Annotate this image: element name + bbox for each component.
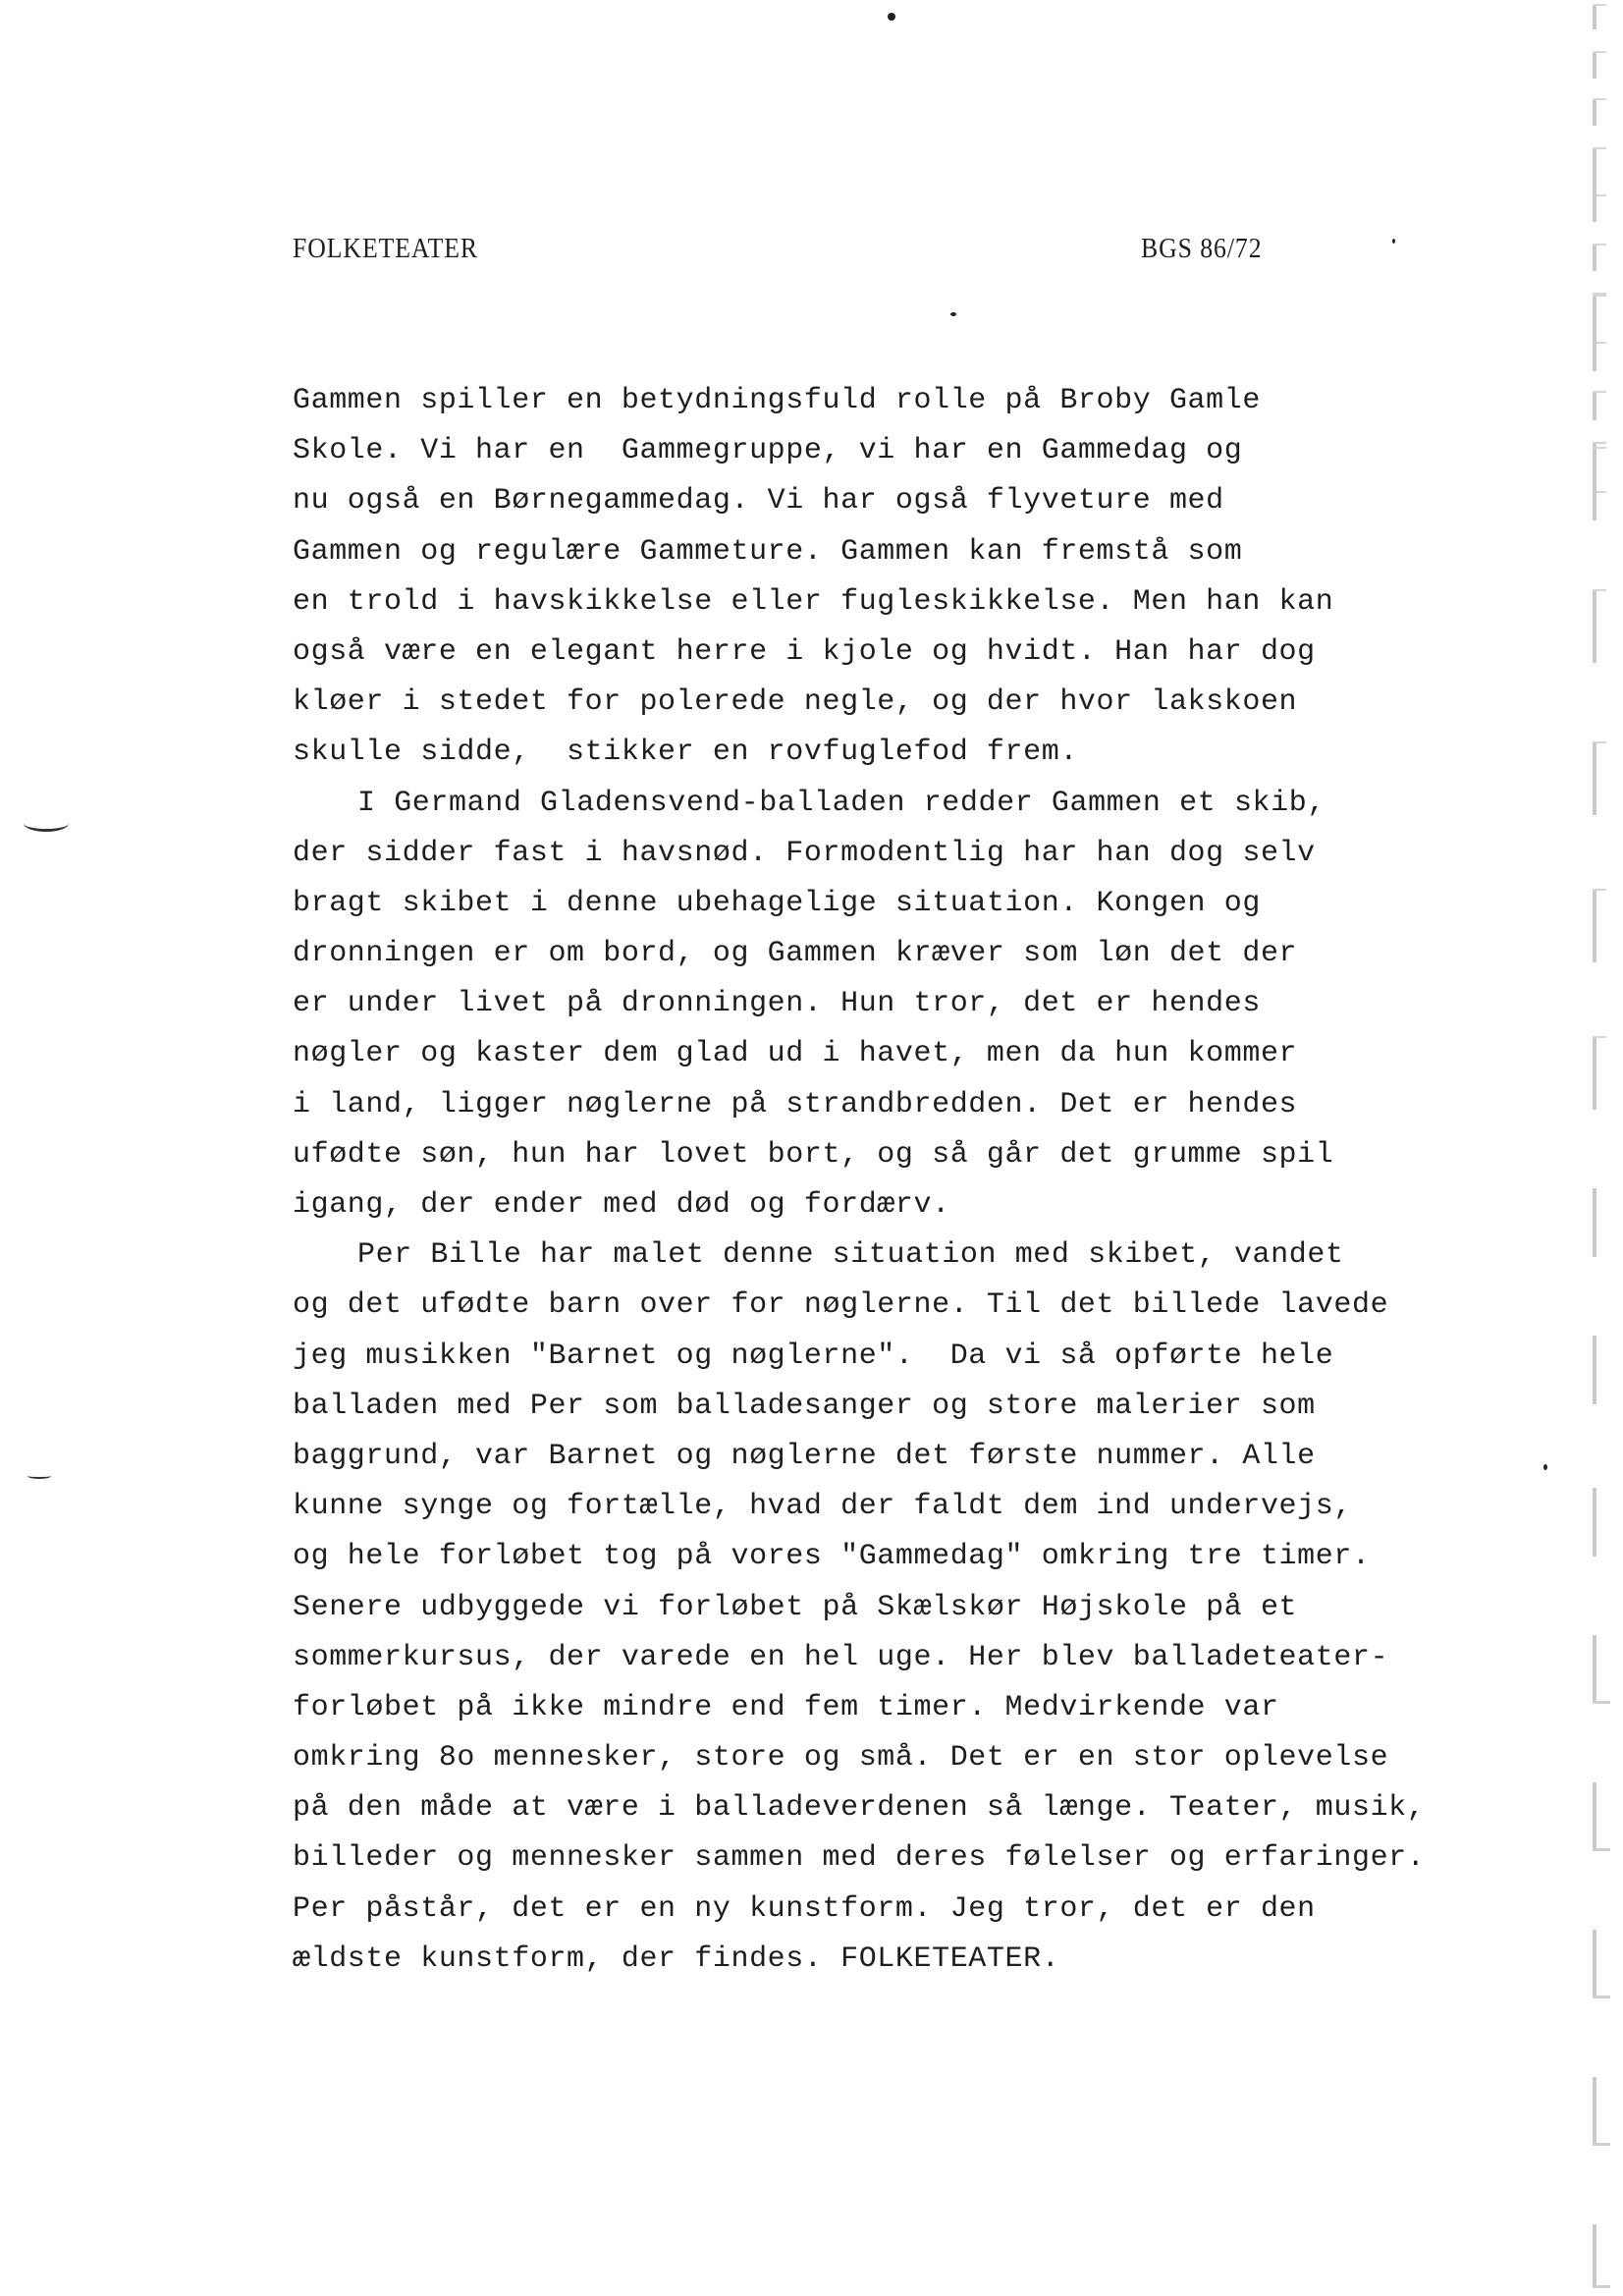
text-line: nøgler og kaster dem glad ud i havet, me… bbox=[293, 1029, 1569, 1079]
text-line: bragt skibet i denne ubehagelige situati… bbox=[293, 879, 1569, 929]
binder-ring-mark bbox=[27, 1473, 51, 1479]
text-line: jeg musikken "Barnet og nøglerne". Da vi… bbox=[293, 1332, 1569, 1382]
binder-edge-mark bbox=[1593, 447, 1596, 520]
text-line: Senere udbyggede vi forløbet på Skælskør… bbox=[293, 1583, 1569, 1633]
binder-edge-mark bbox=[1593, 1930, 1596, 1998]
paragraph: Per Bille har malet denne situation med … bbox=[293, 1230, 1569, 1985]
scanned-page: FOLKETEATER BGS 86/72 Gammen spiller en … bbox=[0, 0, 1623, 2296]
binder-edge-mark bbox=[1593, 1488, 1596, 1557]
ink-speck bbox=[888, 13, 895, 21]
text-line: i land, ligger nøglerne på strandbredden… bbox=[293, 1080, 1569, 1130]
binder-edge-mark bbox=[1593, 1635, 1596, 1704]
text-line: igang, der ender med død og fordærv. bbox=[293, 1180, 1569, 1230]
text-line: Per påstår, det er en ny kunstform. Jeg … bbox=[293, 1885, 1569, 1935]
ink-speck bbox=[1392, 239, 1395, 244]
binder-edge-mark bbox=[1593, 741, 1596, 815]
binder-edge-mark bbox=[1593, 1336, 1596, 1404]
text-line: baggrund, var Barnet og nøglerne det før… bbox=[293, 1432, 1569, 1482]
text-line: Skole. Vi har en Gammegruppe, vi har en … bbox=[293, 426, 1569, 476]
text-line: på den måde at være i balladeverdenen så… bbox=[293, 1783, 1569, 1833]
binder-edge-mark bbox=[1593, 4, 1596, 29]
text-line: balladen med Per som balladesanger og st… bbox=[293, 1382, 1569, 1432]
binder-edge-mark bbox=[1593, 98, 1596, 126]
binder-edge-mark bbox=[1593, 2077, 1596, 2146]
document-reference: BGS 86/72 bbox=[1141, 234, 1263, 265]
text-line: kløer i stedet for polerede negle, og de… bbox=[293, 678, 1569, 728]
binder-edge-mark bbox=[1593, 51, 1596, 79]
document-body: Gammen spiller en betydningsfuld rolle p… bbox=[293, 376, 1569, 1985]
text-line: omkring 8o mennesker, store og små. Det … bbox=[293, 1733, 1569, 1783]
binder-edge-mark bbox=[1593, 1782, 1596, 1851]
binder-ring-mark bbox=[24, 815, 69, 832]
text-line: og hele forløbet tog på vores "Gammedag"… bbox=[293, 1532, 1569, 1582]
binder-edge-mark bbox=[1593, 295, 1596, 368]
binder-edge-mark bbox=[1593, 1036, 1596, 1110]
binder-edge-mark bbox=[1593, 1188, 1596, 1257]
text-line: nu også en Børnegammedag. Vi har også fl… bbox=[293, 476, 1569, 526]
ink-speck bbox=[950, 312, 956, 316]
text-line: og det ufødte barn over for nøglerne. Ti… bbox=[293, 1281, 1569, 1331]
text-line: dronningen er om bord, og Gammen kræver … bbox=[293, 929, 1569, 979]
text-line: ufødte søn, hun har lovet bort, og så gå… bbox=[293, 1130, 1569, 1180]
text-line: Gammen spiller en betydningsfuld rolle p… bbox=[293, 376, 1569, 426]
text-line: sommerkursus, der varede en hel uge. Her… bbox=[293, 1633, 1569, 1683]
text-line: billeder og mennesker sammen med deres f… bbox=[293, 1833, 1569, 1884]
paragraph: Gammen spiller en betydningsfuld rolle p… bbox=[293, 376, 1569, 779]
text-line: I Germand Gladensvend-balladen redder Ga… bbox=[293, 779, 1569, 829]
binder-edge-mark bbox=[1593, 147, 1596, 221]
binder-edge-mark bbox=[1593, 391, 1596, 420]
text-line: Per Bille har malet denne situation med … bbox=[293, 1230, 1569, 1281]
binder-edge-mark bbox=[1593, 2224, 1596, 2288]
text-line: kunne synge og fortælle, hvad der faldt … bbox=[293, 1482, 1569, 1532]
document-title: FOLKETEATER bbox=[293, 234, 478, 265]
text-line: også være en elegant herre i kjole og hv… bbox=[293, 628, 1569, 678]
text-line: ældste kunstform, der findes. FOLKETEATE… bbox=[293, 1935, 1569, 1985]
text-line: Gammen og regulære Gammeture. Gammen kan… bbox=[293, 527, 1569, 577]
binder-edge-mark bbox=[1593, 589, 1596, 663]
paragraph: I Germand Gladensvend-balladen redder Ga… bbox=[293, 779, 1569, 1231]
binder-edge-mark bbox=[1593, 889, 1596, 962]
text-line: en trold i havskikkelse eller fugleskikk… bbox=[293, 577, 1569, 628]
text-line: skulle sidde, stikker en rovfuglefod fre… bbox=[293, 728, 1569, 778]
text-line: er under livet på dronningen. Hun tror, … bbox=[293, 979, 1569, 1029]
text-line: forløbet på ikke mindre end fem timer. M… bbox=[293, 1683, 1569, 1733]
text-line: der sidder fast i havsnød. Formodentlig … bbox=[293, 829, 1569, 879]
